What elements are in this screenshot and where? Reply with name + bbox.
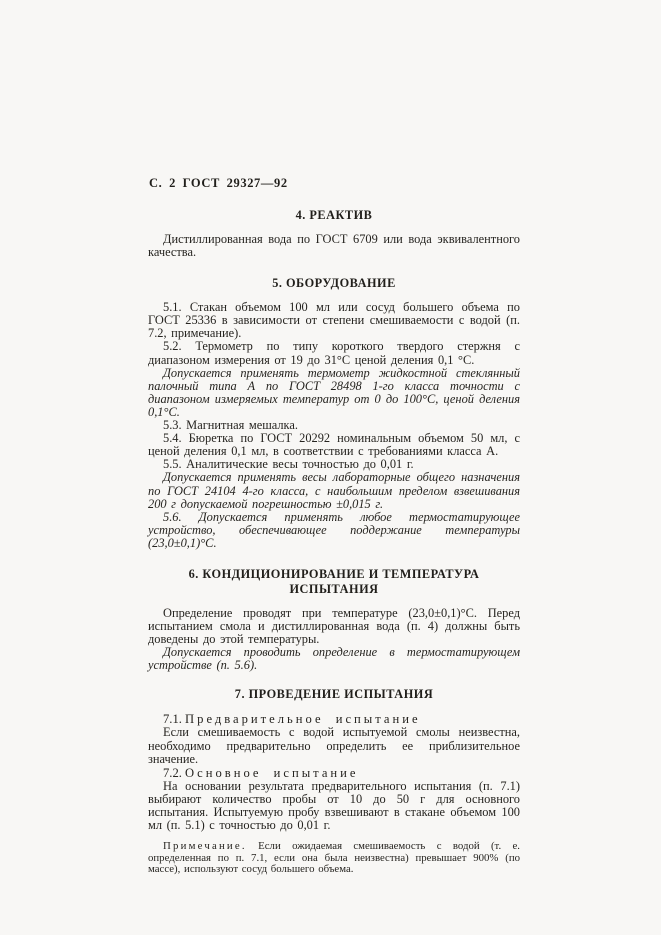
subheading-7-1-number: 7.1. [163,712,182,726]
subheading-7-1-title: Предварительное испытание [185,712,421,726]
note: Примечание. Если ожидаемая смешиваемость… [148,841,520,876]
subheading-7-1: 7.1. Предварительное испытание [148,712,520,726]
paragraph-5-5-allowance: Допускается применять весы лабораторные … [148,471,520,510]
subheading-7-2: 7.2. Основное испытание [148,766,520,780]
paragraph-6-1: Определение проводят при температуре (23… [148,607,520,646]
section-heading-conditioning: 6. КОНДИЦИОНИРОВАНИЕ И ТЕМПЕРАТУРА ИСПЫТ… [148,567,520,597]
paragraph-7-1: Если смешиваемость с водой испытуемой см… [148,726,520,765]
paragraph-5-6: 5.6. Допускается применять любое термост… [148,511,520,550]
paragraph-reagent: Дистиллированная вода по ГОСТ 6709 или в… [148,233,520,259]
section-heading-equipment: 5. ОБОРУДОВАНИЕ [148,276,520,291]
paragraph-5-2: 5.2. Термометр по типу короткого твердог… [148,340,520,366]
paragraph-5-4: 5.4. Бюретка по ГОСТ 20292 номинальным о… [148,432,520,458]
paragraph-7-2: На основании результата предварительного… [148,780,520,832]
document-page: С. 2 ГОСТ 29327—92 4. РЕАКТИВ Дистиллиро… [0,0,661,935]
paragraph-6-2: Допускается проводить определение в терм… [148,646,520,672]
paragraph-5-2-allowance: Допускается применять термометр жидкостн… [148,367,520,419]
section-heading-reagent: 4. РЕАКТИВ [148,208,520,223]
section-heading-procedure: 7. ПРОВЕДЕНИЕ ИСПЫТАНИЯ [148,687,520,702]
subheading-7-2-number: 7.2. [163,766,182,780]
note-label: Примечание. [163,840,247,852]
subheading-7-2-title: Основное испытание [185,766,358,780]
text-block: С. 2 ГОСТ 29327—92 4. РЕАКТИВ Дистиллиро… [148,176,520,876]
paragraph-5-1: 5.1. Стакан объемом 100 мл или сосуд бол… [148,301,520,340]
running-head: С. 2 ГОСТ 29327—92 [149,176,520,191]
